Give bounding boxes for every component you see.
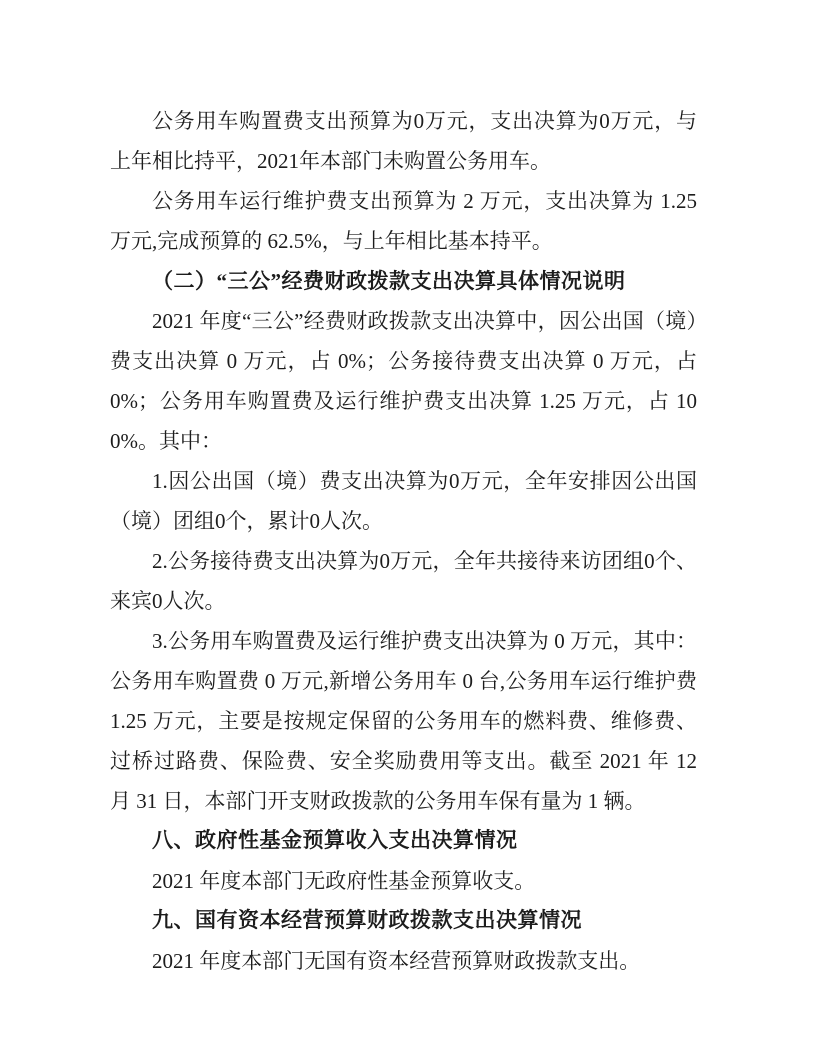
document-text-block: 公务用车购置费支出预算为0万元，支出决算为0万元，与上年相比持平，2021年本部… bbox=[110, 101, 697, 981]
heading-government-fund-budget: 八、政府性基金预算收入支出决算情况 bbox=[110, 821, 697, 861]
paragraph-state-capital-note: 2021 年度本部门无国有资本经营预算财政拨款支出。 bbox=[110, 941, 697, 981]
list-item-overseas-trips: 1.因公出国（境）费支出决算为0万元，全年安排因公出国（境）团组0个，累计0人次… bbox=[110, 461, 697, 541]
list-item-official-reception: 2.公务接待费支出决算为0万元，全年共接待来访团组0个、来宾0人次。 bbox=[110, 541, 697, 621]
heading-state-capital-budget: 九、国有资本经营预算财政拨款支出决算情况 bbox=[110, 901, 697, 941]
heading-three-public-funds-detail: （二）“三公”经费财政拨款支出决算具体情况说明 bbox=[110, 261, 697, 301]
list-item-vehicle-expense-detail: 3.公务用车购置费及运行维护费支出决算为 0 万元，其中：公务用车购置费 0 万… bbox=[110, 621, 697, 821]
paragraph-vehicle-purchase-budget: 公务用车购置费支出预算为0万元，支出决算为0万元，与上年相比持平，2021年本部… bbox=[110, 101, 697, 181]
paragraph-vehicle-operation-budget: 公务用车运行维护费支出预算为 2 万元，支出决算为 1.25 万元,完成预算的 … bbox=[110, 181, 697, 261]
paragraph-three-public-funds-summary: 2021 年度“三公”经费财政拨款支出决算中，因公出国（境）费支出决算 0 万元… bbox=[110, 301, 697, 461]
document-page: 公务用车购置费支出预算为0万元，支出决算为0万元，与上年相比持平，2021年本部… bbox=[0, 0, 816, 1056]
paragraph-government-fund-note: 2021 年度本部门无政府性基金预算收支。 bbox=[110, 861, 697, 901]
